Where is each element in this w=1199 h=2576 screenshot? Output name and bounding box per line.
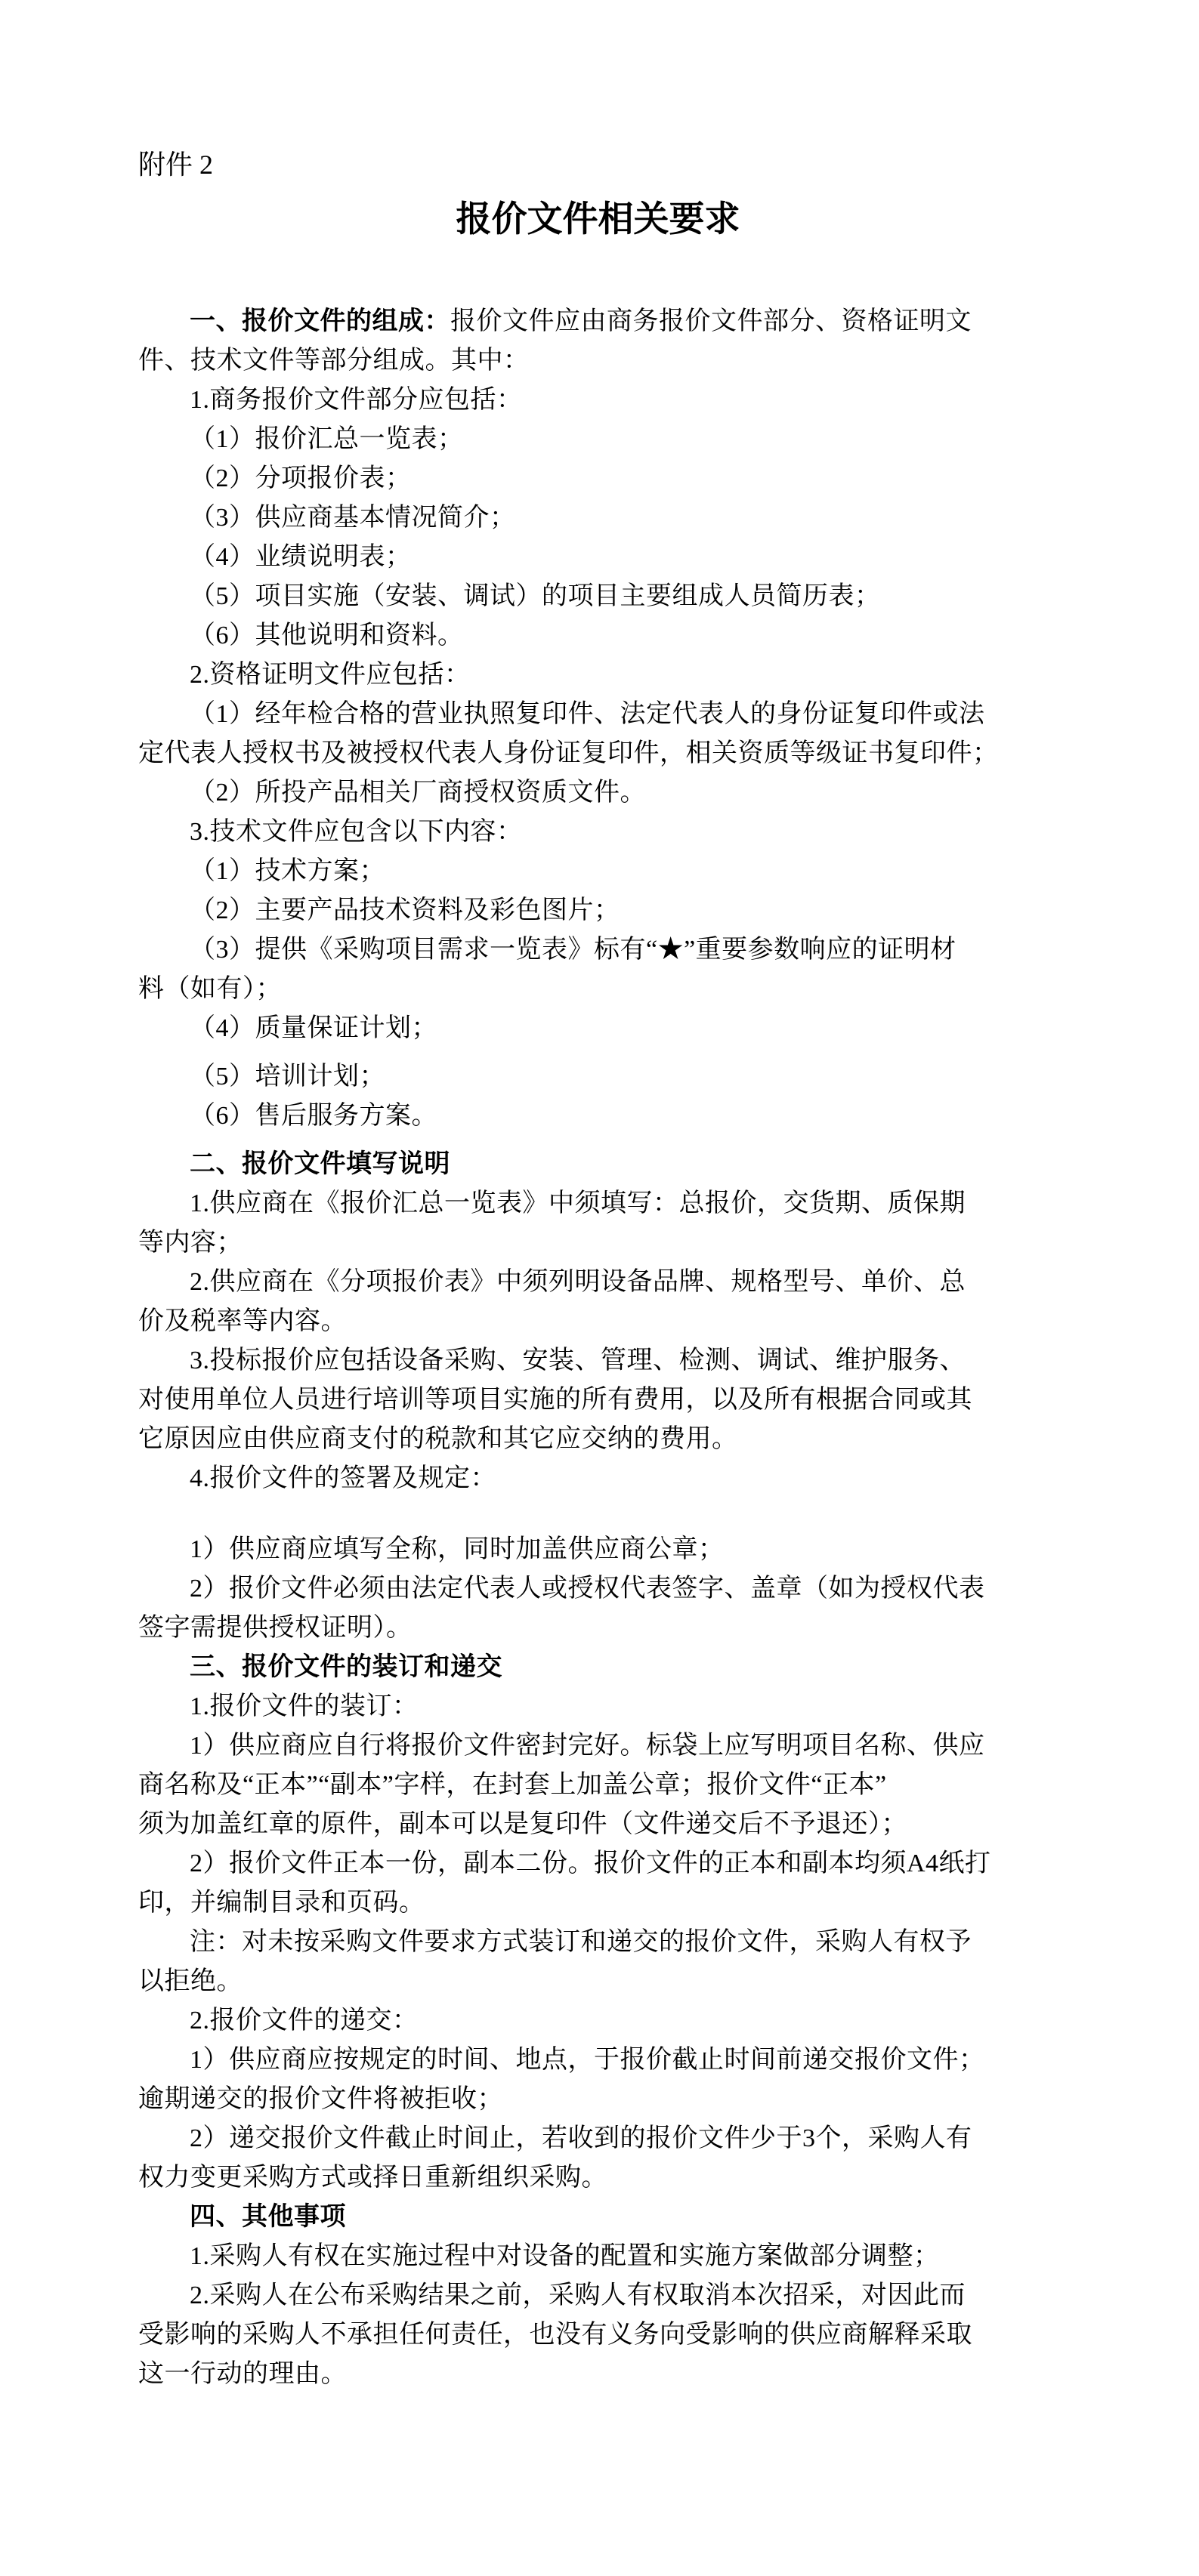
paragraph: 1）供应商应按规定的时间、地点，于报价截止时间前递交报价文件； 逾期递交的报价文… <box>138 2041 1058 2119</box>
attachment-label: 附件 2 <box>138 150 1058 180</box>
paragraph: 1.商务报价文件部分应包括： <box>138 381 1058 420</box>
paragraph: 1）供应商应填写全称，同时加盖供应商公章； <box>138 1530 1058 1569</box>
paragraph-lead-bold: 一、报价文件的组成： <box>190 307 450 335</box>
paragraph: （1）报价汇总一览表； <box>138 420 1058 459</box>
paragraph: （4）业绩说明表； <box>138 538 1058 577</box>
paragraph: （1）技术方案； <box>138 852 1058 891</box>
paragraph: 1.报价文件的装订： <box>138 1687 1058 1726</box>
paragraph: 3.技术文件应包含以下内容： <box>138 813 1058 852</box>
paragraph: 2.供应商在《分项报价表》中须列明设备品牌、规格型号、单价、总 价及税率等内容。 <box>138 1263 1058 1341</box>
section-heading: 四、其他事项 <box>138 2198 1058 2237</box>
document-page: 附件 2 报价文件相关要求 一、报价文件的组成：报价文件应由商务报价文件部分、资… <box>0 0 1199 2576</box>
paragraph: 2）报价文件必须由法定代表人或授权代表签字、盖章（如为授权代表 签字需提供授权证… <box>138 1569 1058 1648</box>
paragraph: 1.采购人有权在实施过程中对设备的配置和实施方案做部分调整； <box>138 2237 1058 2276</box>
section-heading: 二、报价文件填写说明 <box>138 1145 1058 1184</box>
paragraph: 4.报价文件的签署及规定： <box>138 1459 1058 1498</box>
paragraph: 2.资格证明文件应包括： <box>138 656 1058 695</box>
paragraph: 2）报价文件正本一份，副本二份。报价文件的正本和副本均须A4纸打 印，并编制目录… <box>138 1844 1058 1923</box>
paragraph: （3）提供《采购项目需求一览表》标有“★”重要参数响应的证明材 料（如有）； <box>138 930 1058 1009</box>
paragraph: （2）分项报价表； <box>138 459 1058 498</box>
document-body: 一、报价文件的组成：报价文件应由商务报价文件部分、资格证明文 件、技术文件等部分… <box>138 302 1058 2394</box>
document-title: 报价文件相关要求 <box>138 196 1058 243</box>
paragraph: 2）递交报价文件截止时间止，若收到的报价文件少于3个，采购人有 权力变更采购方式… <box>138 2119 1058 2198</box>
paragraph: （1）经年检合格的营业执照复印件、法定代表人的身份证复印件或法 定代表人授权书及… <box>138 695 1058 773</box>
paragraph: 1.供应商在《报价汇总一览表》中须填写：总报价，交货期、质保期 等内容； <box>138 1184 1058 1263</box>
paragraph: 注：对未按采购文件要求方式装订和递交的报价文件，采购人有权予 以拒绝。 <box>138 1923 1058 2001</box>
paragraph: 一、报价文件的组成：报价文件应由商务报价文件部分、资格证明文 件、技术文件等部分… <box>138 302 1058 381</box>
paragraph: （5）项目实施（安装、调试）的项目主要组成人员简历表； <box>138 577 1058 616</box>
paragraph: （5）培训计划； <box>138 1057 1058 1097</box>
paragraph: （2）主要产品技术资料及彩色图片； <box>138 891 1058 930</box>
paragraph: 2.采购人在公布采购结果之前，采购人有权取消本次招采，对因此而 受影响的采购人不… <box>138 2276 1058 2394</box>
paragraph: （6）售后服务方案。 <box>138 1097 1058 1136</box>
paragraph: （4）质量保证计划； <box>138 1009 1058 1048</box>
paragraph: （6）其他说明和资料。 <box>138 616 1058 656</box>
paragraph: 2.报价文件的递交： <box>138 2001 1058 2041</box>
document-content: 附件 2 报价文件相关要求 一、报价文件的组成：报价文件应由商务报价文件部分、资… <box>0 0 1058 2394</box>
paragraph: 3.投标报价应包括设备采购、安装、管理、检测、调试、维护服务、 对使用单位人员进… <box>138 1341 1058 1459</box>
paragraph: （2）所投产品相关厂商授权资质文件。 <box>138 773 1058 813</box>
paragraph: （3）供应商基本情况简介； <box>138 498 1058 538</box>
paragraph: 1）供应商应自行将报价文件密封完好。标袋上应写明项目名称、供应 商名称及“正本”… <box>138 1726 1058 1844</box>
section-heading: 三、报价文件的装订和递交 <box>138 1648 1058 1687</box>
